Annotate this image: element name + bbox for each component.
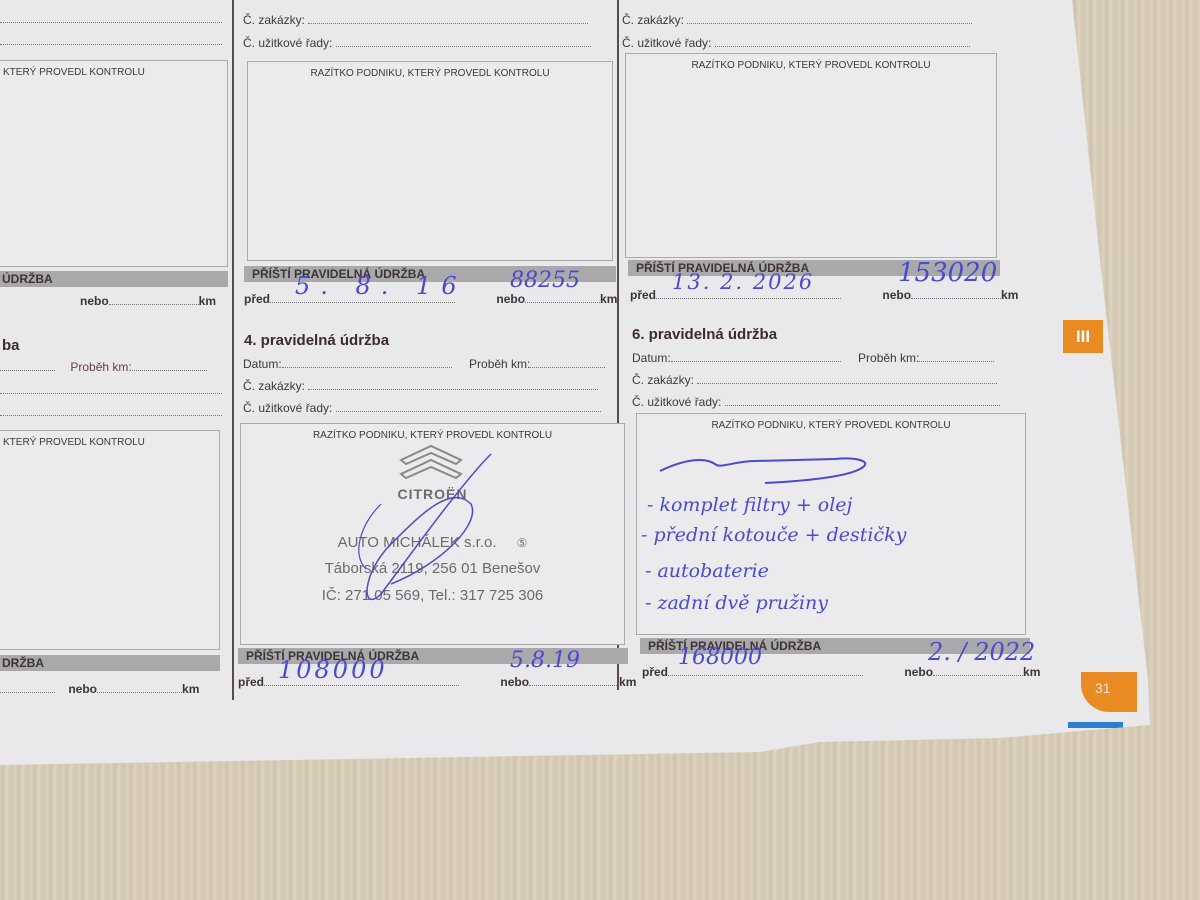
mileage-label: Proběh km: [469, 357, 530, 371]
stamp-label: RAZÍTKO PODNIKU, KTERÝ PROVEDL KONTROLU [637, 420, 1025, 431]
dealer-number: ⑤ [517, 536, 528, 550]
order-number-label: Č. zakázky: [632, 373, 694, 387]
stamp-label: KTERÝ PROVEDL KONTROLU [3, 67, 227, 78]
middle-top-handwritten-km: 88255 [510, 268, 580, 293]
maintenance-6-heading: 6. pravidelná údržba [632, 326, 777, 343]
nebo-label: nebo [68, 682, 97, 696]
nebo-label: nebo [496, 292, 525, 306]
right-top-order-number-field: Č. zakázky: [622, 13, 972, 27]
date-label: Datum: [632, 351, 671, 365]
pred-label: před [238, 675, 264, 689]
left-dotted-line-3 [0, 383, 222, 397]
maintenance-4-heading: 4. pravidelná údržba [244, 332, 389, 349]
maintenance-6-handwritten-km: 168000 [678, 645, 762, 670]
signature-scribble [321, 444, 501, 604]
maintenance-4-handwritten-date: 5.8.19 [510, 648, 580, 673]
middle-top-handwritten-date: 5. 8. 16 [295, 272, 467, 300]
series-label: Č. užitkové řady: [622, 36, 711, 50]
right-top-handwritten-date: 13. 2. 2026 [672, 270, 814, 294]
km-label: km [619, 675, 636, 689]
maintenance-6-series-field: Č. užitkové řady: [632, 395, 1000, 409]
nebo-label: nebo [80, 294, 109, 308]
date-label: Datum: [243, 357, 282, 371]
band-label: DRŽBA [2, 656, 44, 670]
mileage-label: Proběh km: [858, 351, 919, 365]
left-mileage-field: Proběh km: [0, 360, 207, 374]
maintenance-6-order-number-field: Č. zakázky: [632, 373, 997, 387]
left-top-next-band: ÚDRŽBA [0, 271, 228, 287]
column-divider-left [232, 0, 234, 700]
maintenance-4-date-field: Datum: Proběh km: [243, 357, 605, 371]
maintenance-6-handwritten-date: 2. / 2022 [928, 638, 1035, 666]
left-dotted-line-4 [0, 405, 222, 419]
service-book-page: KTERÝ PROVEDL KONTROLU ÚDRŽBA nebokm ba … [0, 0, 1150, 765]
middle-top-series-field: Č. užitkové řady: [243, 36, 591, 50]
maintenance-4-stamp-box: RAZÍTKO PODNIKU, KTERÝ PROVEDL KONTROLU … [240, 423, 625, 645]
left-dotted-line-1 [0, 12, 222, 26]
stamp-label: RAZÍTKO PODNIKU, KTERÝ PROVEDL KONTROLU [626, 60, 996, 71]
left-heading-cut: ba [2, 337, 20, 354]
maintenance-6-stamp-box: RAZÍTKO PODNIKU, KTERÝ PROVEDL KONTROLU … [636, 413, 1026, 635]
pred-label: před [642, 665, 668, 679]
left-dotted-line-2 [0, 34, 222, 48]
order-number-label: Č. zakázky: [243, 13, 305, 27]
left-bottom-stamp-box: KTERÝ PROVEDL KONTROLU [0, 430, 220, 650]
nebo-label: nebo [500, 675, 529, 689]
signature-scribble [655, 439, 885, 489]
km-label: km [182, 682, 199, 696]
left-bottom-next-band: DRŽBA [0, 655, 220, 671]
maintenance-4-series-field: Č. užitkové řady: [243, 401, 601, 415]
maintenance-4-handwritten-km: 108000 [278, 656, 388, 684]
middle-top-order-number-field: Č. zakázky: [243, 13, 588, 27]
km-label: km [1001, 288, 1018, 302]
pred-label: před [244, 292, 270, 306]
series-label: Č. užitkové řady: [243, 36, 332, 50]
mileage-label: Proběh km: [70, 360, 131, 374]
maintenance-4-order-number-field: Č. zakázky: [243, 379, 598, 393]
page-number-badge: 31 [1081, 672, 1137, 712]
band-label: ÚDRŽBA [2, 272, 53, 286]
middle-top-stamp-box: RAZÍTKO PODNIKU, KTERÝ PROVEDL KONTROLU [247, 61, 613, 261]
km-label: km [600, 292, 617, 306]
service-note-1: - komplet filtry + olej [647, 494, 852, 516]
pred-label: před [630, 288, 656, 302]
right-top-stamp-box: RAZÍTKO PODNIKU, KTERÝ PROVEDL KONTROLU [625, 53, 997, 258]
nebo-label: nebo [904, 665, 933, 679]
order-number-label: Č. zakázky: [243, 379, 305, 393]
stamp-label: RAZÍTKO PODNIKU, KTERÝ PROVEDL KONTROLU [248, 68, 612, 79]
left-bottom-next-row: nebokm [0, 682, 199, 696]
series-label: Č. užitkové řady: [243, 401, 332, 415]
nebo-label: nebo [882, 288, 911, 302]
left-top-stamp-box: KTERÝ PROVEDL KONTROLU [0, 60, 228, 267]
km-label: km [1023, 665, 1040, 679]
km-label: km [199, 294, 216, 308]
stamp-label: RAZÍTKO PODNIKU, KTERÝ PROVEDL KONTROLU [241, 430, 624, 441]
blue-edge-strip [1068, 722, 1123, 728]
maintenance-6-date-field: Datum: Proběh km: [632, 351, 994, 365]
right-top-series-field: Č. užitkové řady: [622, 36, 970, 50]
section-marker-tab: III [1063, 320, 1103, 353]
left-top-next-row: nebokm [80, 294, 216, 308]
order-number-label: Č. zakázky: [622, 13, 684, 27]
series-label: Č. užitkové řady: [632, 395, 721, 409]
stamp-label: KTERÝ PROVEDL KONTROLU [3, 437, 219, 448]
right-top-handwritten-km: 153020 [898, 258, 997, 288]
service-note-3: - autobaterie [645, 560, 769, 582]
service-note-2: - přední kotouče + destičky [641, 524, 906, 546]
service-note-4: - zadní dvě pružiny [645, 592, 828, 614]
